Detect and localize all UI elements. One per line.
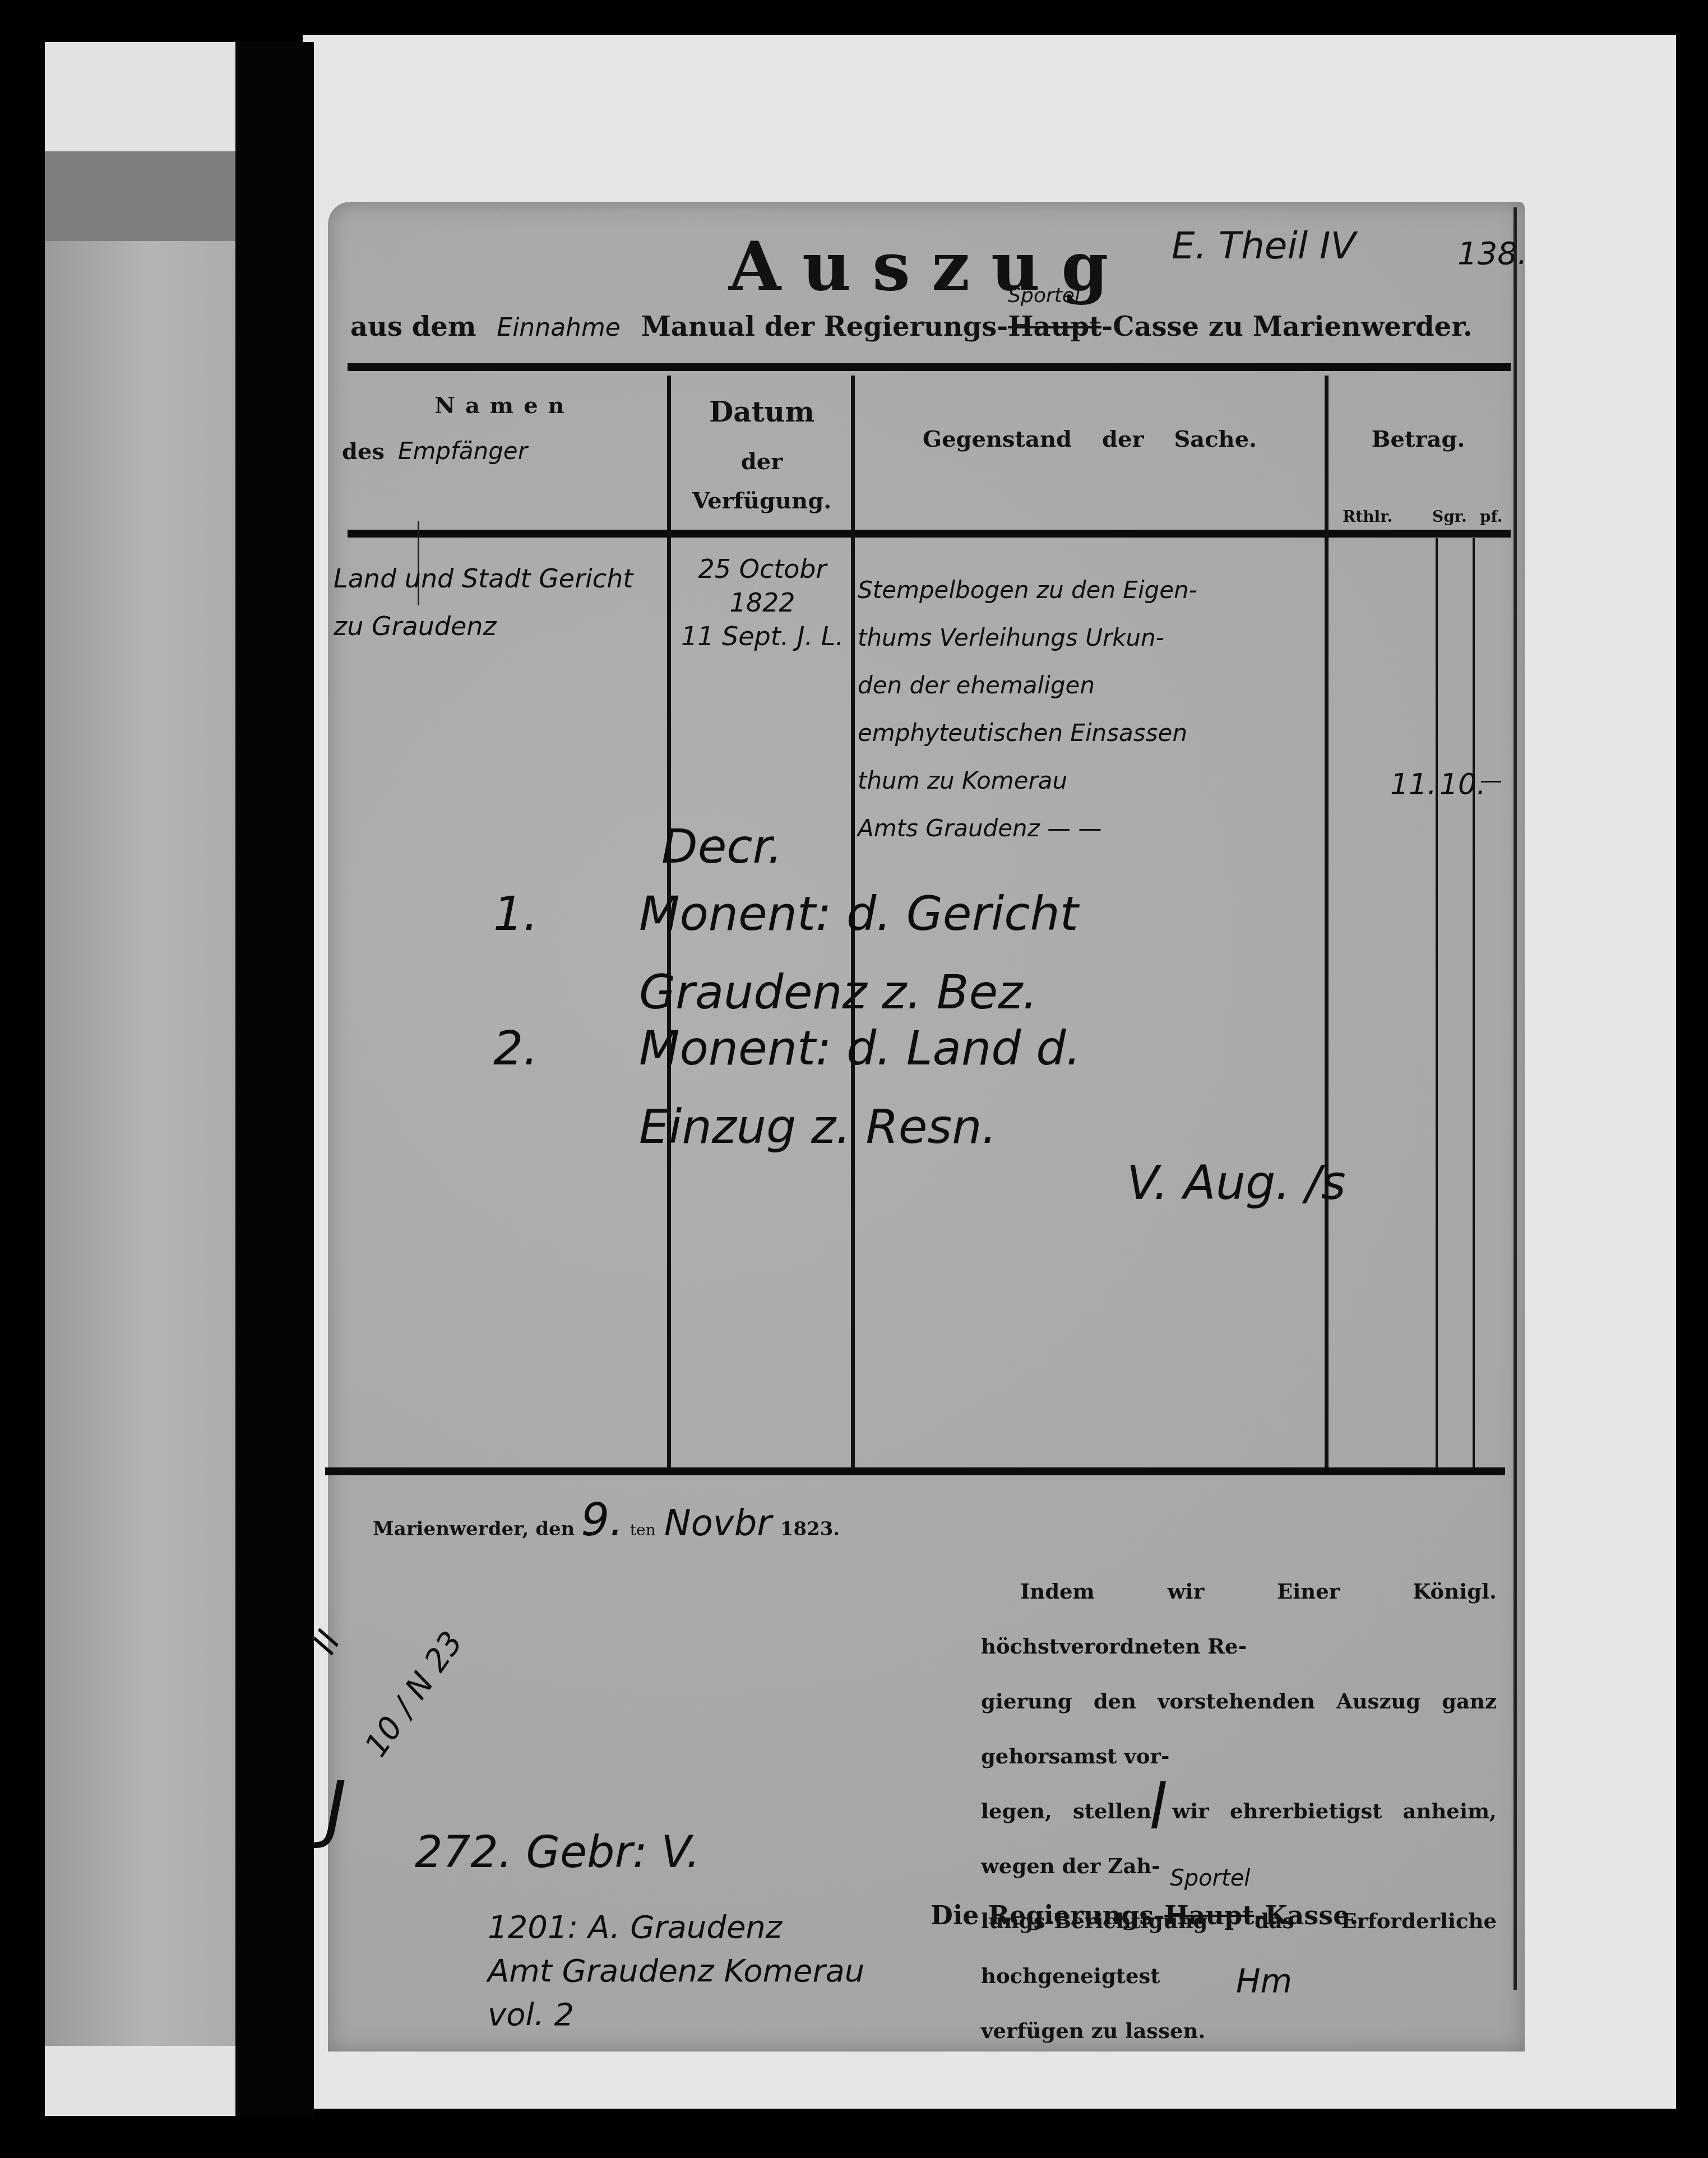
signoff-prefix: Die Regierungs- xyxy=(931,1900,1164,1930)
check-mark: l xyxy=(1149,1771,1167,1843)
row1-gegenstand-line5: thum zu Komerau xyxy=(858,757,1323,804)
decree-signature: V. Aug. /s xyxy=(1127,1143,1346,1222)
place-date-year: 1823. xyxy=(780,1518,840,1540)
col-header-pf: pf. xyxy=(1480,507,1502,526)
decree-item2-number: 2. xyxy=(493,1009,538,1087)
subtitle-hand-word: Einnahme xyxy=(497,313,621,342)
subtitle-middle: Manual der Regierungs- xyxy=(641,311,1008,342)
row1-gegenstand-line1: Stempelbogen zu den Eigen- xyxy=(858,566,1323,614)
paragraph-line5: verfügen zu lassen. xyxy=(981,2003,1497,2058)
signoff-struck: Haupt xyxy=(1164,1900,1254,1930)
place-date-day: 9. xyxy=(581,1494,623,1546)
subtitle-prefix: aus dem xyxy=(350,311,476,342)
decree-item1-line1: Monent: d. Gericht xyxy=(639,874,1079,953)
place-date: Marienwerder, den 9. ten Novbr 1823. xyxy=(373,1494,840,1546)
col-header-betrag: Betrag. xyxy=(1329,426,1508,452)
subtitle-inserted: Sportel xyxy=(1008,284,1080,307)
column-divider-3 xyxy=(1325,376,1329,1469)
row1-datum: 25 Octobr 1822 11 Sept. J. L. xyxy=(675,552,849,653)
reference-annotation: E. Theil IV xyxy=(1172,224,1356,267)
decree-item2-line1: Monent: d. Land d. xyxy=(639,1009,1081,1087)
col-header-namen: Namen xyxy=(392,392,617,419)
col-header-der: der xyxy=(673,448,851,475)
decree-item2-line2: Einzug z. Resn. xyxy=(639,1087,1081,1166)
decree-heading: Decr. xyxy=(661,807,783,886)
signoff-suffix: -Kasse. xyxy=(1254,1900,1358,1930)
column-divider-pf xyxy=(1473,538,1475,1469)
col-header-datum: Datum xyxy=(673,395,851,428)
subtitle: aus dem Einnahme Manual der Regierungs-S… xyxy=(350,311,1473,342)
row1-gegenstand-line2: thums Verleihungs Urkun- xyxy=(858,614,1323,661)
row1-namen-line1: Land und Stadt Gericht xyxy=(334,555,664,603)
row1-gegenstand-line4: emphyteutischen Einsassen xyxy=(858,709,1323,757)
file-reference: 1201: A. Graudenz Amt Graudenz Komerau v… xyxy=(488,1906,864,2037)
signoff-inserted: Sportel xyxy=(1170,1865,1250,1891)
margin-mark: J xyxy=(325,1766,346,1851)
column-header-rule xyxy=(348,530,1511,538)
row1-gegenstand-line6: Amts Graudenz — — xyxy=(858,804,1323,852)
decree-item1-number: 1. xyxy=(493,874,538,953)
decree-item2: Monent: d. Land d. Einzug z. Resn. xyxy=(639,1009,1081,1166)
file-ref-line3: vol. 2 xyxy=(488,1993,864,2037)
document-right-edge xyxy=(1513,207,1517,1990)
row1-namen-line2: zu Graudenz xyxy=(334,603,664,650)
row1-pf: — xyxy=(1480,768,1502,794)
row1-gegenstand: Stempelbogen zu den Eigen- thums Verleih… xyxy=(858,566,1323,852)
place-date-month: Novbr xyxy=(664,1503,772,1544)
file-ref-line2: Amt Graudenz Komerau xyxy=(488,1949,864,1993)
col-header-namen-prefix: des xyxy=(342,438,385,465)
paragraph-line1: Indem wir Einer Königl. höchstverordnete… xyxy=(981,1564,1497,1674)
col-header-verfuegung: Verfügung. xyxy=(673,488,851,514)
subtitle-suffix: -Casse zu Marienwerder. xyxy=(1101,311,1472,342)
col-header-namen-line2: des Empfänger xyxy=(342,437,633,465)
subtitle-struck: Haupt xyxy=(1008,311,1101,342)
col-header-sgr: Sgr. xyxy=(1432,507,1467,526)
row1-gegenstand-line3: den der ehemaligen xyxy=(858,661,1323,709)
paragraph-line2: gierung den vorstehenden Auszug ganz geh… xyxy=(981,1674,1497,1784)
signoff: Die Regierungs-SportelHaupt-Kasse. xyxy=(931,1900,1358,1930)
place-date-place: Marienwerder, den xyxy=(373,1518,575,1540)
header-rule xyxy=(348,363,1511,371)
decree-item1: Monent: d. Gericht Graudenz z. Bez. xyxy=(639,874,1079,1031)
file-ref-line1: 1201: A. Graudenz xyxy=(488,1906,864,1949)
table-bottom-rule xyxy=(325,1467,1505,1475)
col-header-namen-hand: Empfänger xyxy=(398,437,527,465)
row1-sgr: 10. xyxy=(1439,768,1486,802)
col-header-gegenstand: Gegenstand der Sache. xyxy=(855,426,1325,452)
col-header-rthlr: Rthlr. xyxy=(1343,507,1392,526)
row1-datum-line1: 25 Octobr xyxy=(675,552,849,586)
row1-namen: Land und Stadt Gericht zu Graudenz xyxy=(334,555,664,650)
signoff-signature: Hm xyxy=(1236,1962,1292,2000)
row1-datum-line3: 11 Sept. J. L. xyxy=(675,619,849,653)
binding-gutter xyxy=(235,42,314,2116)
row1-rthlr: 11. xyxy=(1390,768,1437,802)
column-divider-sgr xyxy=(1436,538,1438,1469)
place-date-suffix: ten xyxy=(630,1521,656,1539)
row1-datum-line2: 1822 xyxy=(675,586,849,619)
page-number: 138. xyxy=(1457,235,1528,272)
journal-number: 272. Gebr: V. xyxy=(415,1827,700,1878)
